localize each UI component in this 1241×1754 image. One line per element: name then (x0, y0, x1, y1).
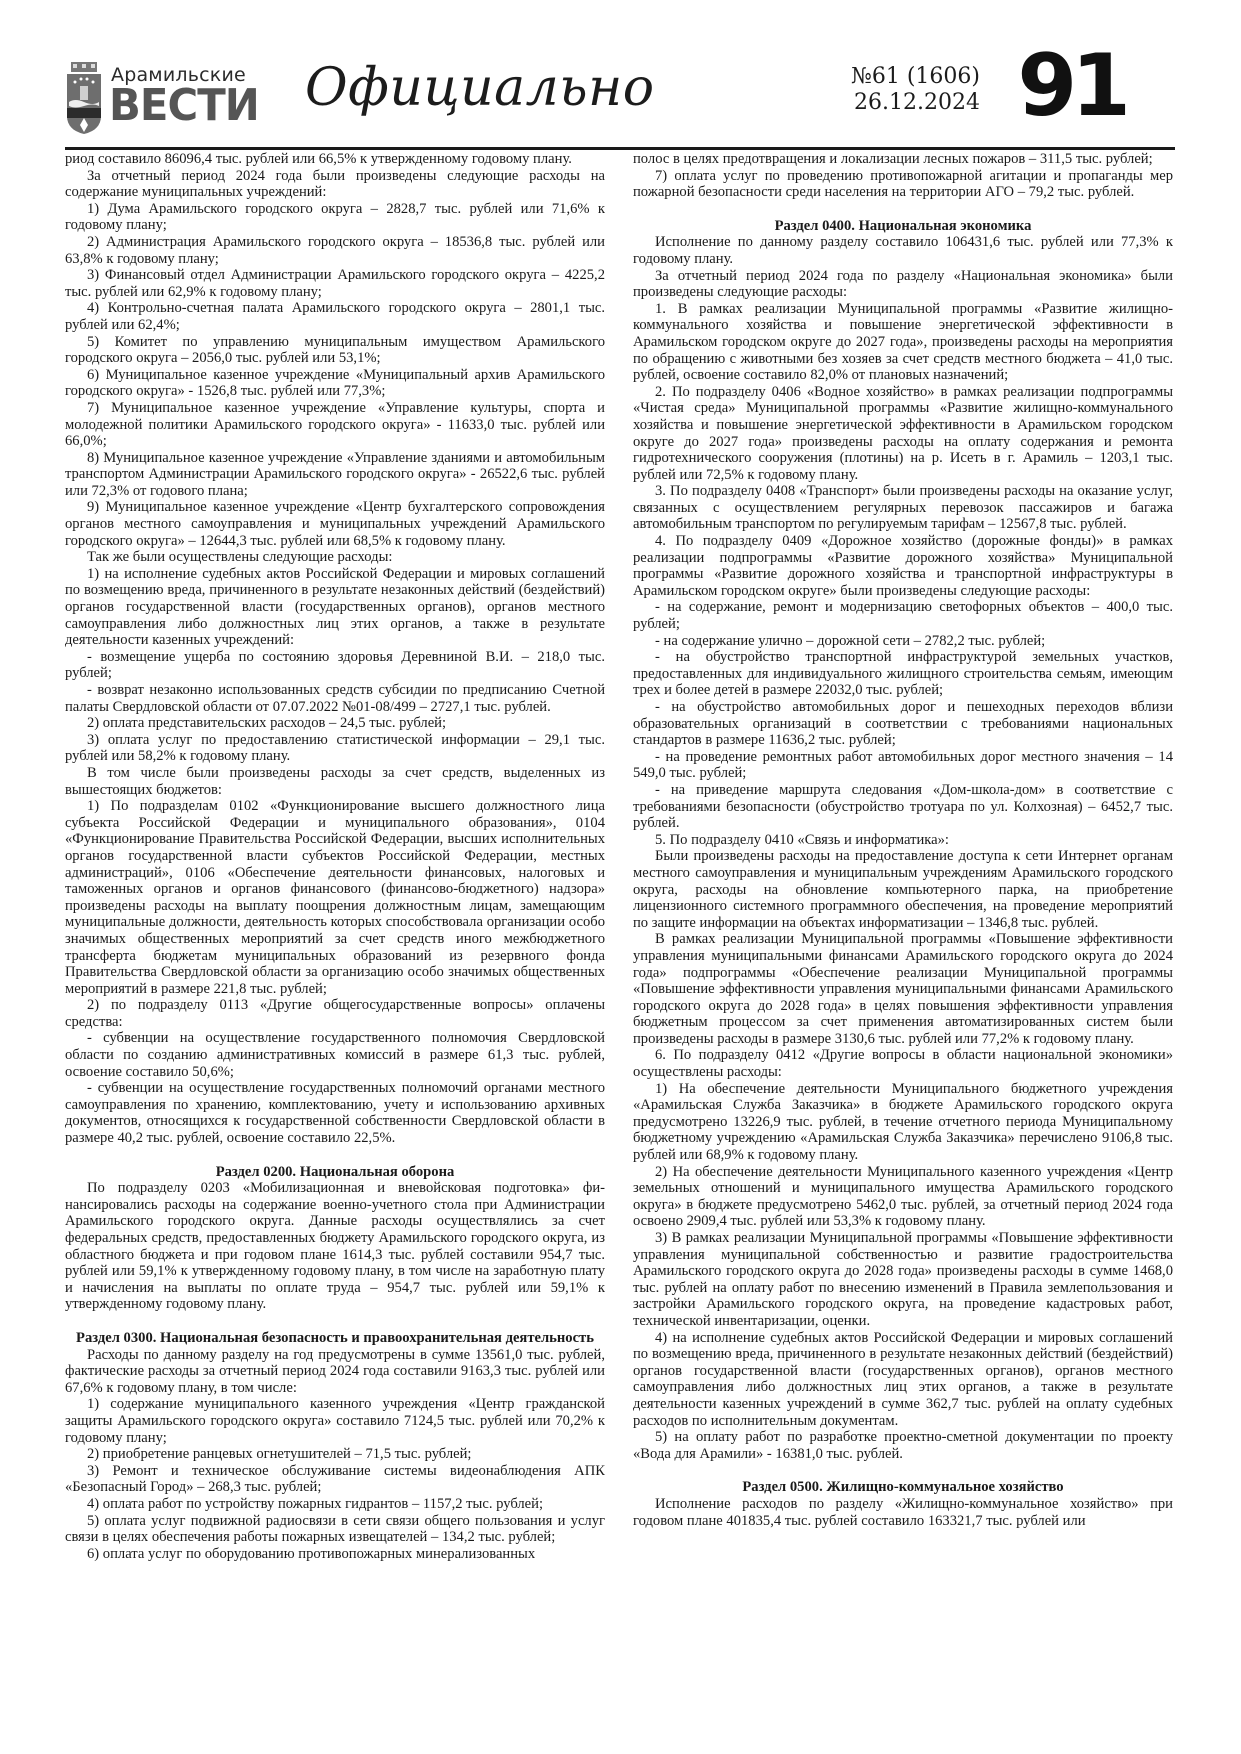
list-item: 2) На обеспечение деятельности Муниципал… (633, 1164, 1173, 1230)
list-item: - субвенции на осуществление государстве… (65, 1080, 605, 1146)
list-item: - возмещение ущерба по состоянию здоровь… (65, 649, 605, 682)
paragraph: Исполнение расходов по разделу «Жилищно-… (633, 1496, 1173, 1529)
list-item: 1) содержание муниципального казенного у… (65, 1396, 605, 1446)
paragraph: Были произведены расходы на предоставлен… (633, 848, 1173, 931)
paragraph: В рамках реализации Муниципальной програ… (633, 931, 1173, 1047)
list-item: 1) На обеспечение деятельности Муниципал… (633, 1081, 1173, 1164)
paragraph: За отчетный период 2024 года по разделу … (633, 268, 1173, 301)
list-item: - на содержание, ремонт и модернизацию с… (633, 599, 1173, 632)
newspaper-logo: Арамильские ВЕСТИ (65, 62, 245, 134)
paragraph: За отчетный период 2024 года были произв… (65, 168, 605, 201)
list-item: 3) В рамках реализации Муниципальной про… (633, 1230, 1173, 1330)
list-item: - на проведение ремонтных работ автомоби… (633, 749, 1173, 782)
logo-title: ВЕСТИ (109, 80, 259, 132)
list-item: 6) оплата услуг по оборудованию противоп… (65, 1546, 605, 1563)
list-item: 3. По подразделу 0408 «Транспорт» были п… (633, 483, 1173, 533)
paragraph: В том числе были произведены расходы за … (65, 765, 605, 798)
list-item: 9) Муниципальное казенное учреждение «Це… (65, 499, 605, 549)
section-heading-0300: Раздел 0300. Национальная безопасность и… (65, 1330, 605, 1347)
list-item: 4) оплата работ по устройству пожарных г… (65, 1496, 605, 1513)
section-title: Официально (305, 58, 655, 118)
list-item: - на приведение маршрута следования «Дом… (633, 782, 1173, 832)
list-item: 7) оплата услуг по проведению противопож… (633, 168, 1173, 201)
list-item: 6) Муниципальное казенное учреждение «Му… (65, 367, 605, 400)
list-item: - субвенции на осуществление государстве… (65, 1030, 605, 1080)
paragraph: риод составило 86096,4 тыс. рублей или 6… (65, 151, 605, 168)
list-item: 1) По подразделам 0102 «Функционирование… (65, 798, 605, 997)
list-item: 3) Ремонт и техническое обслуживание сис… (65, 1463, 605, 1496)
list-item: 5) на оплату работ по разработке проектн… (633, 1429, 1173, 1462)
section-heading-0200: Раздел 0200. Национальная оборона (65, 1164, 605, 1181)
list-item: - на обустройство автомобильных дорог и … (633, 699, 1173, 749)
list-item: 1) Дума Арамильского городского округа –… (65, 201, 605, 234)
list-item: 4) на исполнение судебных актов Российск… (633, 1330, 1173, 1430)
left-column: риод составило 86096,4 тыс. рублей или 6… (65, 151, 605, 1562)
list-item: - на содержание улично – дорожной сети –… (633, 633, 1173, 650)
coat-of-arms-icon (65, 62, 103, 134)
list-item: - на обустройство транспортной инфрастру… (633, 649, 1173, 699)
list-item: 2) оплата представительских расходов – 2… (65, 715, 605, 732)
page-header: Арамильские ВЕСТИ Официально №61 (1606) … (65, 30, 1175, 148)
list-item: 8) Муниципальное казенное учреждение «Уп… (65, 450, 605, 500)
section-heading-0500: Раздел 0500. Жилищно-коммунальное хозяйс… (633, 1479, 1173, 1496)
list-item: 5) Комитет по управлению муниципальным и… (65, 334, 605, 367)
paragraph: Так же были осуществлены следующие расхо… (65, 549, 605, 566)
list-item: 2) приобретение ранцевых огнетушителей –… (65, 1446, 605, 1463)
list-item: 2) по подразделу 0113 «Другие общегосуда… (65, 997, 605, 1030)
issue-date: 26.12.2024 (851, 90, 980, 116)
list-item: 3) Финансовый отдел Администрации Арамил… (65, 267, 605, 300)
page-number: 91 (1017, 36, 1125, 136)
right-column: полос в целях предотвращения и локализац… (633, 151, 1173, 1529)
paragraph: полос в целях предотвращения и локализац… (633, 151, 1173, 168)
paragraph: По подразделу 0203 «Мобилизационная и вн… (65, 1180, 605, 1313)
section-heading-0400: Раздел 0400. Национальная экономика (633, 218, 1173, 235)
paragraph: Расходы по данному разделу на год предус… (65, 1347, 605, 1397)
issue-number: №61 (1606) (851, 64, 980, 90)
list-item: 2) Администрация Арамильского городского… (65, 234, 605, 267)
list-item: 1. В рамках реализации Муниципальной про… (633, 301, 1173, 384)
issue-info: №61 (1606) 26.12.2024 (851, 64, 980, 116)
list-item: 1) на исполнение судебных актов Российск… (65, 566, 605, 649)
header-divider (65, 147, 1175, 150)
list-item: 5. По подразделу 0410 «Связь и информати… (633, 832, 1173, 849)
paragraph: Исполнение по данному разделу составило … (633, 234, 1173, 267)
list-item: 5) оплата услуг подвижной радиосвязи в с… (65, 1513, 605, 1546)
list-item: 2. По подразделу 0406 «Водное хозяйство»… (633, 384, 1173, 484)
list-item: 4. По подразделу 0409 «Дорожное хозяйств… (633, 533, 1173, 599)
list-item: 4) Контрольно-счетная палата Арамильског… (65, 300, 605, 333)
list-item: 7) Муниципальное казенное учреждение «Уп… (65, 400, 605, 450)
list-item: - возврат незаконно использованных средс… (65, 682, 605, 715)
list-item: 6. По подразделу 0412 «Другие вопросы в … (633, 1047, 1173, 1080)
list-item: 3) оплата услуг по предоставлению статис… (65, 732, 605, 765)
